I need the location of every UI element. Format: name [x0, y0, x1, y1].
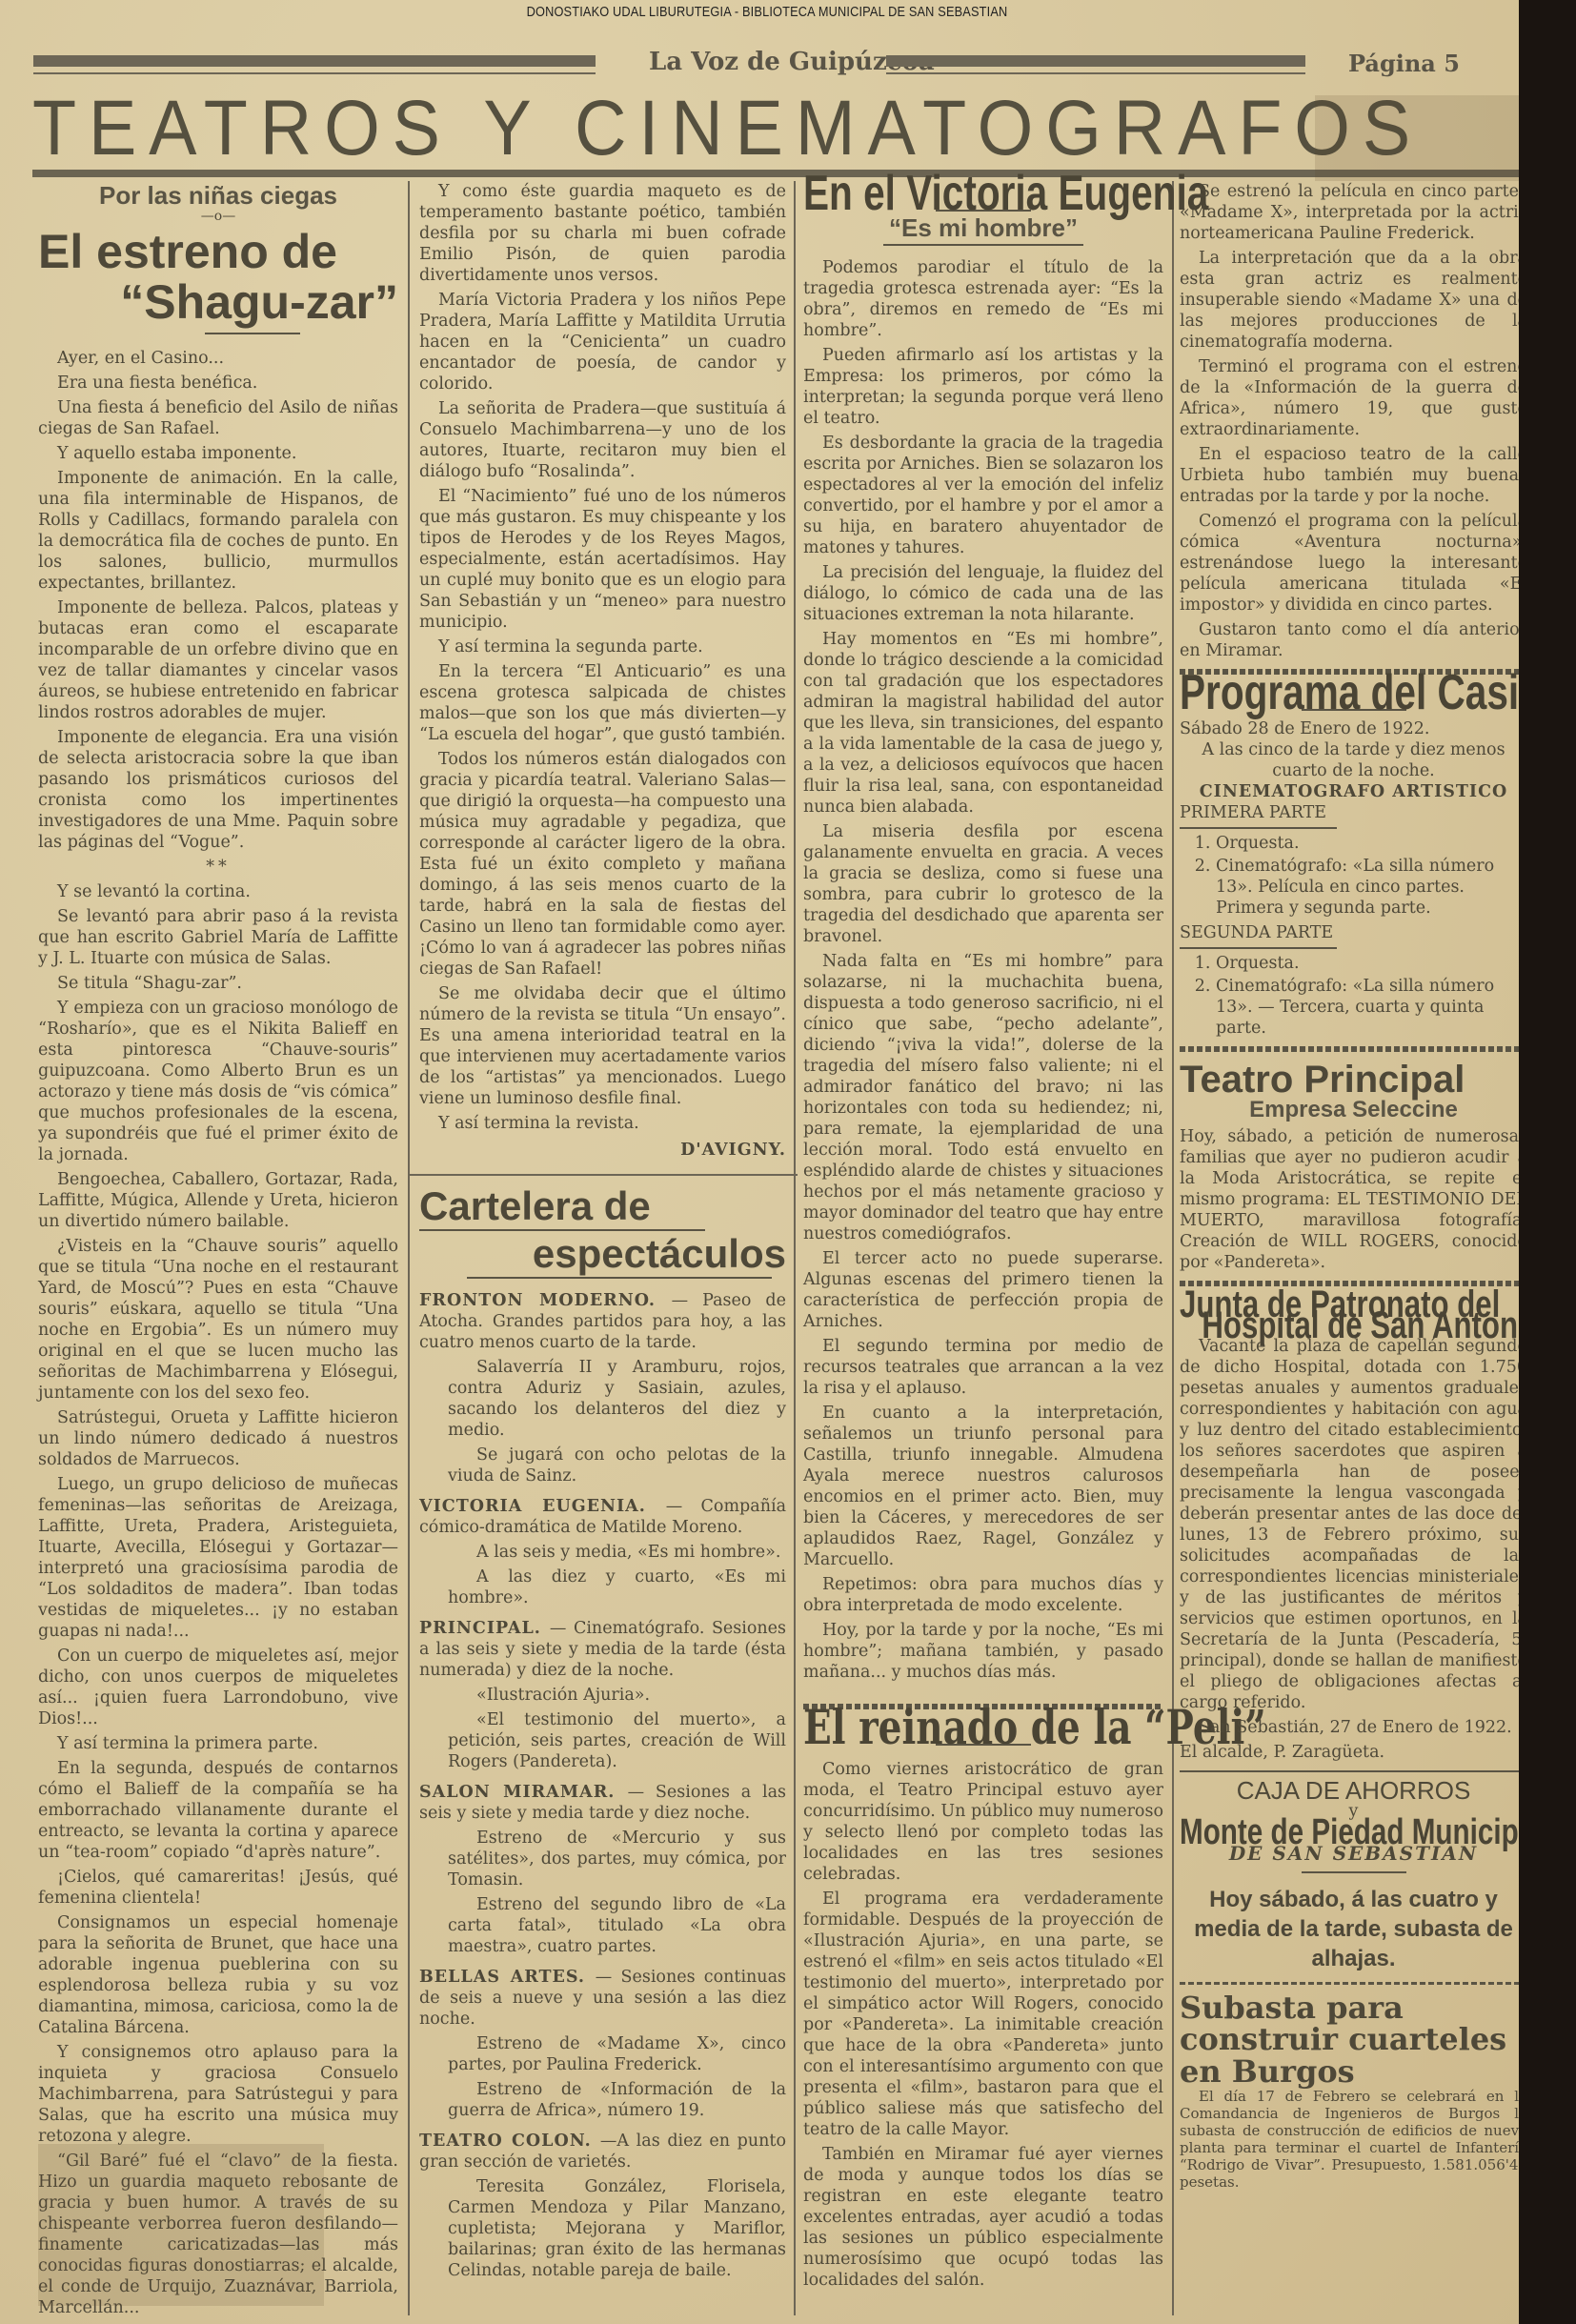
paragraph: También en Miramar fué ayer viernes de m… — [803, 2144, 1163, 2291]
listing-entry: TEATRO COLON. —A las diez en punto gran … — [419, 2131, 786, 2281]
program-items: Orquesta.Cinematógrafo: «La silla número… — [1180, 833, 1527, 919]
column-rule — [794, 181, 796, 2315]
article-signature: D'AVIGNY. — [419, 1140, 786, 1161]
divider — [408, 1174, 798, 1176]
paragraph: La interpretación que da a la obra esta … — [1180, 248, 1527, 353]
cartelera-title-line2: espectáculos — [419, 1233, 786, 1275]
junta-signed: El alcalde, P. Zaragüeta. — [1180, 1742, 1527, 1763]
paragraph: Nada falta en “Es mi hombre” para solaza… — [803, 951, 1163, 1244]
page-number: Página 5 — [1348, 50, 1460, 77]
paragraph: Repetimos: obra para muchos días y obra … — [803, 1574, 1163, 1616]
junta-dateline: San Sebastián, 27 de Enero de 1922. — [1180, 1717, 1527, 1738]
archive-watermark: DONOSTIAKO UDAL LIBURUTEGIA - BIBLIOTECA… — [115, 4, 1420, 20]
divider — [1180, 827, 1337, 829]
paragraph: Y se levantó la cortina. — [38, 881, 398, 902]
paragraph: La precisión del lenguaje, la fluidez de… — [803, 562, 1163, 625]
paragraph: El “Nacimiento” fué uno de los números q… — [419, 486, 786, 633]
paragraph: Gustaron tanto como el día anterior en M… — [1180, 619, 1527, 661]
column-rule — [408, 181, 410, 2315]
title-underline — [205, 333, 300, 334]
listing-entry: PRINCIPAL. — Cinematógrafo. Sesiones a l… — [419, 1618, 786, 1772]
article-body-continued: Y como éste guardia maqueto es de temper… — [419, 181, 786, 1134]
paragraph: Consignamos un especial homenaje para la… — [38, 1912, 398, 2038]
junta-title-line2: Hospital de San Antonio Abad — [1180, 1315, 1451, 1336]
paragraph: Podemos parodiar el título de la tragedi… — [803, 257, 1163, 341]
listing-entry: VICTORIA EUGENIA. — Compañía cómico-dram… — [419, 1496, 786, 1608]
program-part-label: SEGUNDA PARTE — [1180, 922, 1527, 943]
venue-name: BELLAS ARTES. — [419, 1968, 596, 1987]
program-items: Orquesta.Cinematógrafo: «La silla número… — [1180, 953, 1527, 1039]
column-1: Por las niñas ciegas —o— El estreno de “… — [38, 181, 398, 2322]
paragraph: En el espacioso teatro de la calle Urbie… — [1180, 444, 1527, 507]
article-body: Ayer, en el Casino...Era una fiesta bené… — [38, 348, 398, 2318]
program-parts: PRIMERA PARTEOrquesta.Cinematógrafo: «La… — [1180, 802, 1527, 1039]
listing-lead: SALON MIRAMAR. — Sesiones a las seis y s… — [419, 1782, 786, 1824]
paragraph: “Gil Baré” fué el “clavo” de la fiesta. … — [38, 2151, 398, 2318]
venue-name: SALON MIRAMAR. — [419, 1783, 628, 1802]
paragraph: Es desbordante la gracia de la tragedia … — [803, 433, 1163, 558]
paragraph: Pueden afirmarlo así los artistas y la E… — [803, 345, 1163, 429]
listing-lead: FRONTON MODERNO. — Paseo de Atocha. Gran… — [419, 1290, 786, 1353]
paragraph: Se levantó para abrir paso á la revista … — [38, 906, 398, 969]
program-time: A las cinco de la tarde y diez menos cua… — [1180, 739, 1527, 781]
victoria-article-body: Podemos parodiar el título de la tragedi… — [803, 257, 1163, 1683]
program-part-label: PRIMERA PARTE — [1180, 802, 1527, 823]
kicker-separator: —o— — [38, 206, 398, 227]
caja-line1: CAJA DE AHORROS — [1180, 1780, 1527, 1801]
paragraph: El programa era verdaderamente formidabl… — [803, 1889, 1163, 2140]
peli-article-body-continued: Se estrenó la película en cinco partes «… — [1180, 181, 1527, 661]
teatro-principal-subtitle: Empresa Seleccine — [1180, 1100, 1527, 1121]
listing-detail: «El testimonio del muerto», a petición, … — [419, 1709, 786, 1772]
cartelera-title-line1: Cartelera de — [419, 1185, 786, 1227]
listing-lead: BELLAS ARTES. — Sesiones continuas de se… — [419, 1967, 786, 2030]
listing-detail: Salaverría II y Aramburu, rojos, contra … — [419, 1357, 786, 1441]
peli-article-body: Como viernes aristocrático de gran moda,… — [803, 1759, 1163, 2291]
paragraph: Imponente de belleza. Palcos, plateas y … — [38, 597, 398, 723]
listing-detail: A las seis y media, «Es mi hombre». — [419, 1542, 786, 1563]
program-date: Sábado 28 de Enero de 1922. — [1180, 718, 1527, 739]
subasta-body: El día 17 de Febrero se celebrará en la … — [1180, 2088, 1527, 2191]
listing-lead: TEATRO COLON. —A las diez en punto gran … — [419, 2131, 786, 2172]
paragraph: El tercer acto no puede superarse. Algun… — [803, 1248, 1163, 1332]
paragraph: Y así termina la primera parte. — [38, 1733, 398, 1754]
column-2: Y como éste guardia maqueto es de temper… — [419, 181, 786, 2291]
listing-detail: Teresita González, Florisela, Carmen Men… — [419, 2176, 786, 2281]
paragraph: En la tercera “El Anticuario” es una esc… — [419, 661, 786, 745]
listing-detail: Estreno de «Mercurio y sus satélites», d… — [419, 1828, 786, 1890]
listing-detail: Estreno del segundo libro de «La carta f… — [419, 1894, 786, 1957]
venue-name: FRONTON MODERNO. — [419, 1291, 672, 1310]
program-item: Cinematógrafo: «La silla número 13». — T… — [1216, 976, 1527, 1039]
paragraph: Hoy, por la tarde y por la noche, “Es mi… — [803, 1620, 1163, 1683]
listing-detail: «Ilustración Ajuria». — [419, 1685, 786, 1706]
paragraph: Y empieza con un gracioso monólogo de “R… — [38, 998, 398, 1165]
listing-entry: BELLAS ARTES. — Sesiones continuas de se… — [419, 1967, 786, 2121]
masthead-line-right — [886, 72, 1305, 74]
paragraph: Todos los números están dialogados con g… — [419, 749, 786, 980]
caja-line3: Monte de Piedad Municipal — [1180, 1822, 1451, 1843]
paragraph: Se me olvidaba decir que el último númer… — [419, 983, 786, 1109]
venue-name: TEATRO COLON. — [419, 2132, 600, 2151]
paragraph: Y así termina la revista. — [419, 1113, 786, 1134]
paragraph: Imponente de elegancia. Era una visión d… — [38, 727, 398, 853]
masthead-line-left — [33, 72, 596, 74]
masthead-bar-left — [33, 55, 596, 67]
listing-entry: SALON MIRAMAR. — Sesiones a las seis y s… — [419, 1782, 786, 1957]
paragraph: Imponente de animación. En la calle, una… — [38, 468, 398, 594]
listing-entry: FRONTON MODERNO. — Paseo de Atocha. Gran… — [419, 1290, 786, 1486]
masthead: La Voz de Guipúzcoa Página 5 — [33, 48, 1534, 76]
section-divider — [32, 170, 1533, 177]
peli-title: El reinado de la “Peli” — [803, 1717, 1084, 1738]
article-title-line1: El estreno de — [38, 227, 398, 277]
ornamental-divider — [1180, 1982, 1527, 1985]
cartelera-listing: FRONTON MODERNO. — Paseo de Atocha. Gran… — [419, 1290, 786, 2281]
venue-name: VICTORIA EUGENIA. — [419, 1497, 666, 1516]
paragraph: Y aquello estaba imponente. — [38, 443, 398, 464]
paragraph: ¿Visteis en la “Chauve souris” aquello q… — [38, 1236, 398, 1404]
paragraph: Con un cuerpo de miqueletes así, mejor d… — [38, 1646, 398, 1729]
divider — [1180, 1770, 1527, 1772]
masthead-bar-right — [886, 55, 1305, 67]
paragraph: Bengoechea, Caballero, Gortazar, Rada, L… — [38, 1169, 398, 1232]
paragraph: Y como éste guardia maqueto es de temper… — [419, 181, 786, 286]
listing-detail: Estreno de «Información de la guerra de … — [419, 2079, 786, 2121]
section-title: TEATROS Y CINEMATOGRAFOS — [32, 84, 1423, 173]
subasta-title: Subasta para construir cuarteles en Burg… — [1180, 1992, 1527, 2089]
newspaper-page: DONOSTIAKO UDAL LIBURUTEGIA - BIBLIOTECA… — [0, 0, 1534, 2324]
listing-detail: Se jugará con ocho pelotas de la viuda d… — [419, 1445, 786, 1486]
column-rule — [1172, 181, 1174, 2315]
paragraph: ¡Cielos, qué camareritas! ¡Jesús, qué fe… — [38, 1867, 398, 1909]
venue-name: PRINCIPAL. — [419, 1619, 550, 1638]
listing-lead: VICTORIA EUGENIA. — Compañía cómico-dram… — [419, 1496, 786, 1538]
program-item: Orquesta. — [1216, 953, 1527, 974]
victoria-title: En el Victoria Eugenia — [803, 183, 1084, 204]
junta-body: Vacante la plaza de capellán segundo de … — [1180, 1336, 1527, 1713]
teatro-principal-body: Hoy, sábado, a petición de numerosas fam… — [1180, 1126, 1527, 1273]
cartelera-underline — [467, 1277, 772, 1279]
paragraph: Era una fiesta benéfica. — [38, 373, 398, 394]
paragraph: Como viernes aristocrático de gran moda,… — [803, 1759, 1163, 1885]
paragraph: La miseria desfila por escena galanament… — [803, 821, 1163, 947]
subtitle-underline — [883, 244, 1083, 246]
article-kicker: Por las niñas ciegas — [38, 185, 398, 206]
listing-lead: PRINCIPAL. — Cinematógrafo. Sesiones a l… — [419, 1618, 786, 1681]
paragraph: Ayer, en el Casino... — [38, 348, 398, 369]
casino-program-title: Programa del Casino — [1180, 682, 1451, 703]
column-4: Se estrenó la película en cinco partes «… — [1180, 181, 1527, 2194]
column-3: En el Victoria Eugenia “Es mi hombre” Po… — [803, 181, 1163, 2294]
listing-detail: Estreno de «Madame X», cinco partes, por… — [419, 2033, 786, 2075]
paragraph: En la segunda, después de contarnos cómo… — [38, 1758, 398, 1863]
article-title-line2: “Shagu-zar” — [38, 277, 398, 328]
divider — [1180, 947, 1337, 949]
section-break: ** — [38, 857, 398, 878]
paragraph: La señorita de Pradera—que sustituía á C… — [419, 398, 786, 482]
paragraph: Una fiesta á beneficio del Asilo de niña… — [38, 397, 398, 439]
caja-notice: Hoy sábado, á las cuatro y media de la t… — [1180, 1885, 1527, 1974]
paragraph: Y así termina la segunda parte. — [419, 637, 786, 657]
paragraph: Comenzó el programa con la película cómi… — [1180, 511, 1527, 616]
divider — [1302, 1871, 1406, 1873]
torn-edge — [1519, 0, 1576, 2324]
paragraph: En cuanto a la interpretación, señalemos… — [803, 1403, 1163, 1570]
teatro-principal-title: Teatro Principal — [1180, 1060, 1527, 1100]
paragraph: Se estrenó la película en cinco partes «… — [1180, 181, 1527, 244]
program-item: Orquesta. — [1216, 833, 1527, 854]
ornamental-divider — [1180, 1046, 1527, 1052]
paragraph: Y consignemos otro aplauso para la inqui… — [38, 2042, 398, 2147]
paragraph: Se titula “Shagu-zar”. — [38, 973, 398, 994]
paragraph: El segundo termina por medio de recursos… — [803, 1336, 1163, 1399]
paragraph: Terminó el programa con el estreno de la… — [1180, 356, 1527, 440]
listing-detail: A las diez y cuarto, «Es mi hombre». — [419, 1566, 786, 1608]
program-item: Cinematógrafo: «La silla número 13». Pel… — [1216, 856, 1527, 919]
paragraph: Satrústegui, Orueta y Laffitte hicieron … — [38, 1407, 398, 1470]
paragraph: Luego, un grupo delicioso de muñecas fem… — [38, 1474, 398, 1642]
paragraph: María Victoria Pradera y los niños Pepe … — [419, 290, 786, 394]
program-heading: CINEMATOGRAFO ARTISTICO — [1180, 781, 1527, 802]
paragraph: Hay momentos en “Es mi hombre”, donde lo… — [803, 629, 1163, 818]
casino-program: Sábado 28 de Enero de 1922. A las cinco … — [1180, 718, 1527, 1039]
